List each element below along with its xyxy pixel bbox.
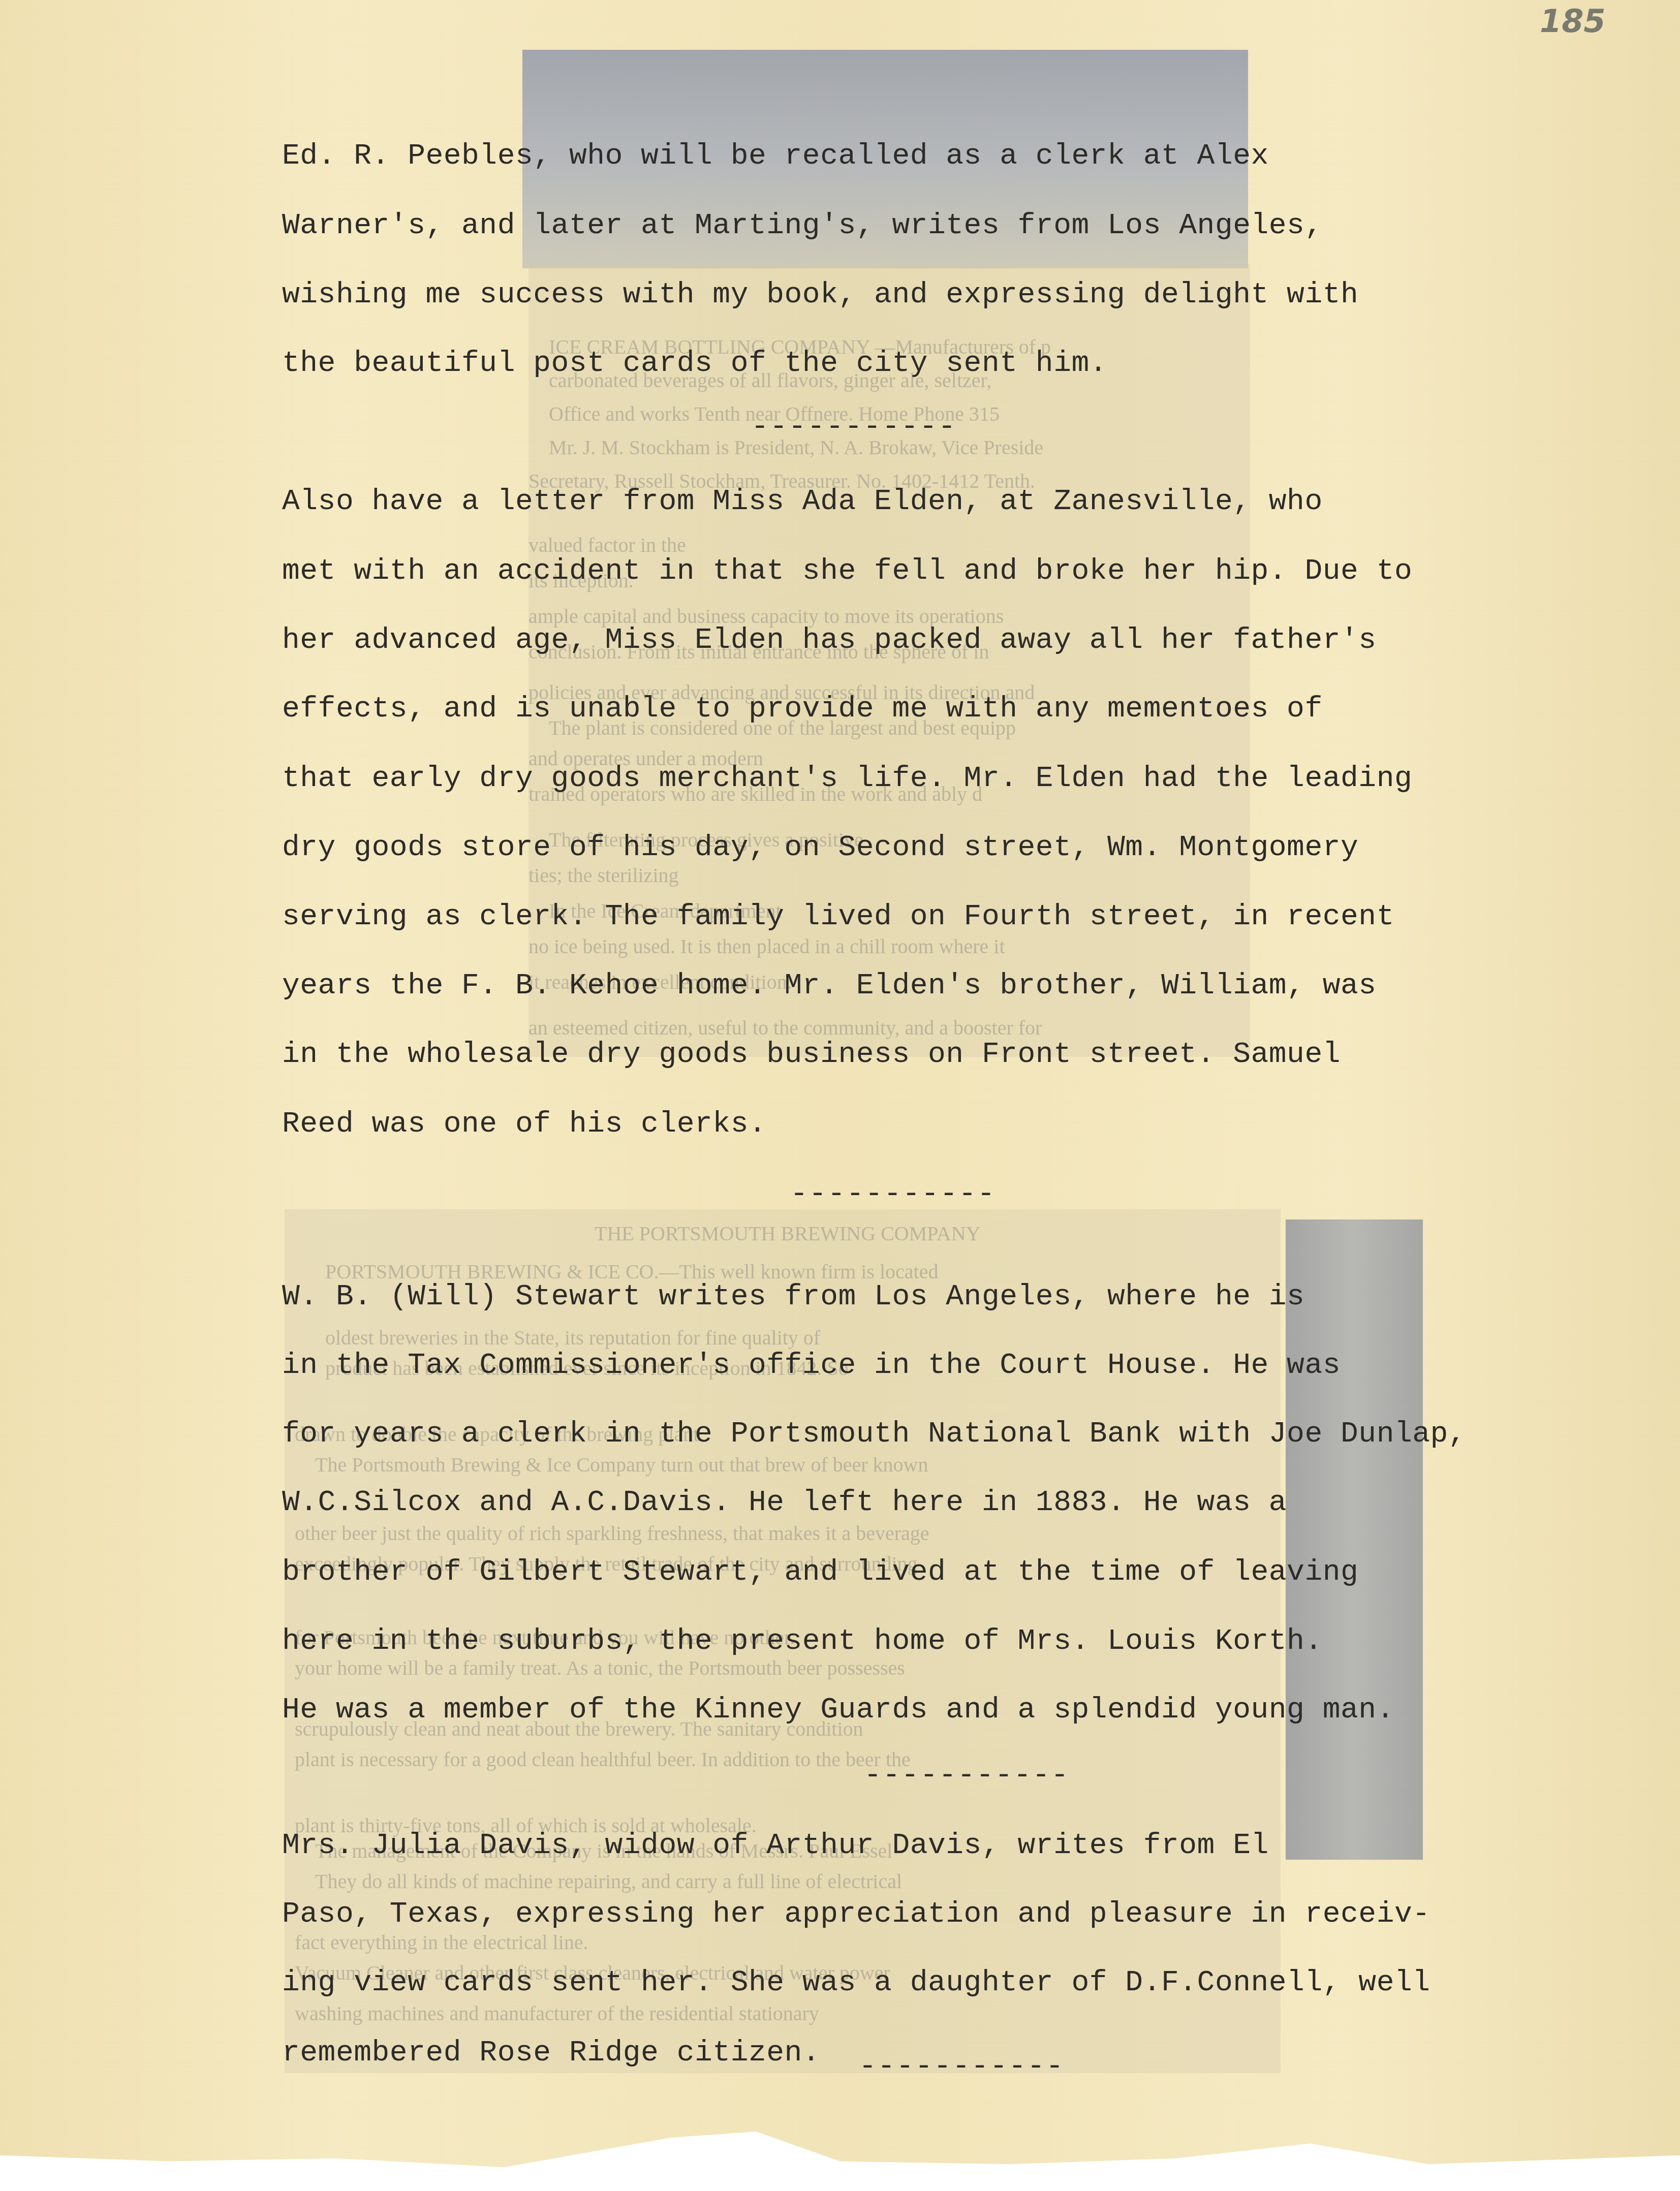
section-divider: ----------- — [790, 1178, 996, 1211]
text-line: W.C.Silcox and A.C.Davis. He left here i… — [282, 1486, 1287, 1519]
bleed-line: no ice being used. It is then placed in … — [528, 930, 1005, 963]
text-line: Ed. R. Peebles, who will be recalled as … — [282, 140, 1269, 173]
section-divider: ----------- — [864, 1759, 1070, 1792]
bleed-line: They do all kinds of machine repairing, … — [315, 1865, 902, 1898]
text-line: her advanced age, Miss Elden has packed … — [282, 624, 1377, 657]
text-line: in the wholesale dry goods business on F… — [282, 1038, 1341, 1071]
text-line: wishing me success with my book, and exp… — [282, 278, 1358, 311]
bleed-line: washing machines and manufacturer of the… — [295, 1997, 819, 2030]
text-line: Paso, Texas, expressing her appreciation… — [282, 1898, 1430, 1931]
text-line: ing view cards sent her. She was a daugh… — [282, 1966, 1430, 1999]
text-line: met with an accident in that she fell an… — [282, 555, 1412, 588]
text-line: He was a member of the Kinney Guards and… — [282, 1694, 1394, 1727]
text-line: remembered Rose Ridge citizen. — [282, 2037, 820, 2070]
text-line: here in the suburbs, the present home of… — [282, 1625, 1323, 1658]
bleed-line: The Portsmouth Brewing & Ice Company tur… — [315, 1448, 928, 1482]
text-line: brother of Gilbert Stewart, and lived at… — [282, 1556, 1358, 1589]
bleed-line: other beer just the quality of rich spar… — [295, 1517, 929, 1550]
section-divider: ----------- — [751, 411, 957, 444]
scanned-page: ICE CREAM BOTTLING COMPANY —Manufacturer… — [0, 0, 1680, 2191]
bleed-line: THE PORTSMOUTH BREWING COMPANY — [595, 1217, 981, 1250]
section-divider: ----------- — [859, 2050, 1065, 2083]
text-line: Mrs. Julia Davis, widow of Arthur Davis,… — [282, 1829, 1269, 1862]
text-line: Warner's, and later at Marting's, writes… — [282, 209, 1323, 242]
text-line: years the F. B. Kehoe home. Mr. Elden's … — [282, 969, 1377, 1003]
page-number: 185 — [1540, 3, 1605, 40]
text-line: the beautiful post cards of the city sen… — [282, 347, 1107, 380]
text-line: for years a clerk in the Portsmouth Nati… — [282, 1418, 1466, 1451]
torn-page-edge — [0, 2132, 1680, 2191]
text-line: serving as clerk. The family lived on Fo… — [282, 900, 1394, 933]
text-line: that early dry goods merchant's life. Mr… — [282, 762, 1412, 795]
text-line: in the Tax Commissioner's office in the … — [282, 1349, 1341, 1382]
text-line: W. B. (Will) Stewart writes from Los Ang… — [282, 1280, 1304, 1313]
text-line: Also have a letter from Miss Ada Elden, … — [282, 485, 1323, 518]
text-line: effects, and is unable to provide me wit… — [282, 693, 1323, 726]
text-line: dry goods store of his day, on Second st… — [282, 831, 1358, 864]
clipping-photo-strip — [1286, 1219, 1423, 1860]
text-line: Reed was one of his clerks. — [282, 1108, 766, 1141]
bleed-line: plant is necessary for a good clean heal… — [295, 1743, 911, 1776]
